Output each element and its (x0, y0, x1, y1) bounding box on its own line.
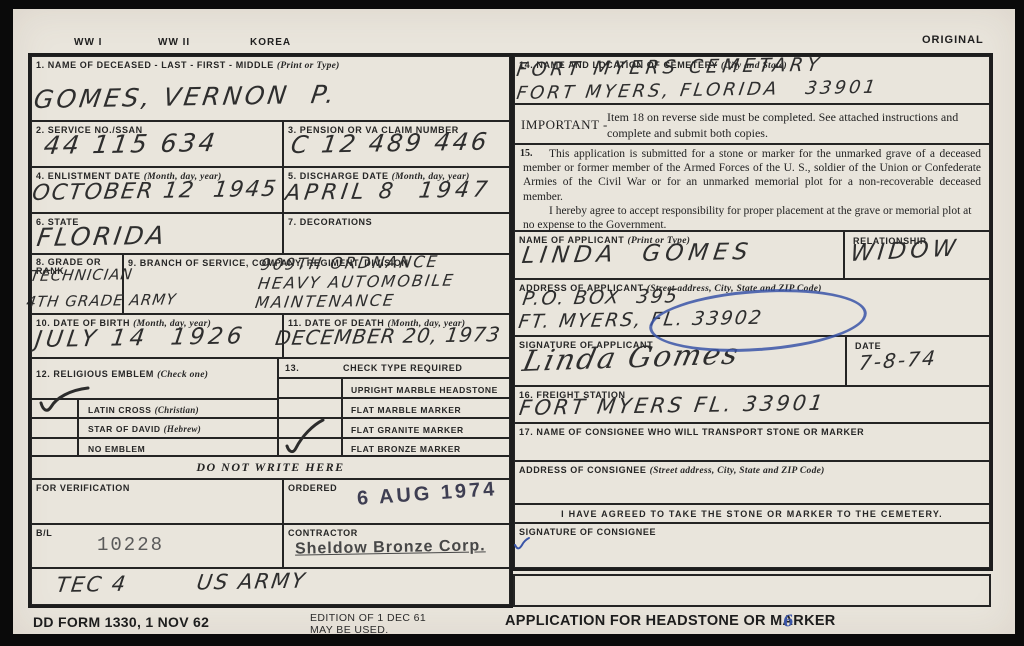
for-verification-box: FOR VERIFICATION (30, 478, 284, 525)
box1-hint: (Print or Type) (277, 61, 340, 71)
do-not-write-text: DO NOT WRITE HERE (32, 457, 509, 475)
consignee-signature-box: SIGNATURE OF CONSIGNEE (513, 522, 991, 569)
war-label-korea: KOREA (250, 37, 291, 48)
agreed-text: I HAVE AGREED TO TAKE THE STONE OR MARKE… (515, 505, 989, 519)
type-row-upright-marble: UPRIGHT MARBLE HEADSTONE (279, 377, 509, 398)
bl-value: 10228 (97, 534, 164, 556)
applicant-name-value: LINDA GOMES (520, 239, 754, 269)
consignee-address-hint: (Street address, City, State and ZIP Cod… (650, 466, 825, 476)
type-label-flat-marble: FLAT MARBLE MARKER (351, 405, 461, 415)
agreed-bar: I HAVE AGREED TO TAKE THE STONE OR MARKE… (513, 503, 991, 524)
date-divider (845, 337, 847, 385)
box1-value: GOMES, VERNON P. (32, 81, 339, 115)
for-verification-label: FOR VERIFICATION (32, 480, 282, 494)
do-not-write-bar: DO NOT WRITE HERE (30, 455, 511, 480)
box6-value: FLORIDA (35, 222, 169, 253)
emblem-checkbox-star-of-david (32, 419, 79, 438)
emblem-label-latin-cross: LATIN CROSS (88, 405, 152, 415)
important-label: IMPORTANT - (521, 117, 608, 133)
applicant-address-line1: P.O. BOX 395 (521, 286, 680, 311)
box13-label: CHECK TYPE REQUIRED (339, 360, 464, 374)
right-bottom-strip (513, 574, 991, 607)
type-checkbox-flat-marble (279, 399, 343, 418)
emblem-label-star-of-david: STAR OF DAVID (88, 424, 161, 434)
type-checkbox-upright-marble (279, 379, 343, 398)
scan-edge-bottom (0, 634, 1024, 646)
original-label: ORIGINAL (922, 34, 984, 46)
box15-para1: This application is submitted for a ston… (523, 147, 981, 204)
form-number: DD FORM 1330, 1 NOV 62 (33, 614, 209, 630)
consignee-signature-label: SIGNATURE OF CONSIGNEE (515, 524, 989, 538)
scan-edge-top (0, 0, 1024, 9)
emblem-row-no-emblem: NO EMBLEM (32, 437, 277, 457)
contractor-stamp: Sheldow Bronze Corp. (295, 537, 486, 558)
type-row-flat-marble: FLAT MARBLE MARKER (279, 397, 509, 418)
box17-label: 17. NAME OF CONSIGNEE WHO WILL TRANSPORT… (515, 424, 989, 438)
war-label-ww2: WW II (158, 37, 190, 48)
emblem-label-no-emblem: NO EMBLEM (88, 444, 145, 454)
blue-pen-mark-icon (514, 537, 530, 551)
consignee-address-label: ADDRESS OF CONSIGNEE (519, 465, 647, 475)
important-text: Item 18 on reverse side must be complete… (607, 109, 979, 141)
box13-num: 13. (281, 360, 301, 374)
emblem-hint-latin-cross: (Christian) (155, 405, 199, 415)
checkmark-icon-flat-bronze (283, 418, 325, 456)
box8-value: TECHNICIAN 4TH GRADE ARMY (25, 260, 182, 315)
box10-value: JULY 14 1926 (33, 323, 247, 353)
box11-value: DECEMBER 20, 1973 (274, 323, 502, 350)
box17-consignee-name: 17. NAME OF CONSIGNEE WHO WILL TRANSPORT… (513, 422, 991, 462)
type-label-flat-granite: FLAT GRANITE MARKER (351, 425, 464, 435)
box7-label: 7. DECORATIONS (284, 214, 509, 228)
scanned-form-page: WW I WW II KOREA ORIGINAL 1. NAME OF DEC… (0, 0, 1024, 646)
emblem-hint-star-of-david: (Hebrew) (164, 424, 201, 434)
box2-value: 44 115 634 (42, 129, 220, 161)
box15-para2: I hereby agree to accept responsibility … (523, 204, 981, 232)
consignee-address-box: ADDRESS OF CONSIGNEE (Street address, Ci… (513, 460, 991, 505)
edition-note: EDITION OF 1 DEC 61 MAY BE USED. (310, 612, 426, 636)
type-label-flat-bronze: FLAT BRONZE MARKER (351, 444, 461, 454)
emblem-row-star-of-david: STAR OF DAVID (Hebrew) (32, 417, 277, 438)
box12-hint: (Check one) (157, 370, 208, 380)
box5-value: APRIL 8 1947 (283, 177, 492, 206)
important-box: IMPORTANT - Item 18 on reverse side must… (513, 103, 991, 145)
box3-value: C 12 489 446 (289, 129, 491, 160)
war-label-ww1: WW I (74, 37, 102, 48)
checkmark-icon-latin-cross (38, 386, 90, 416)
scan-edge-left (0, 0, 13, 646)
bottom-note-value: TEC 4 US ARMY (55, 569, 309, 597)
box4-value: OCTOBER 12 1945 (30, 177, 279, 207)
scan-edge-right (1015, 0, 1024, 646)
box7-decorations: 7. DECORATIONS (282, 212, 511, 255)
box1-label: 1. NAME OF DECEASED - LAST - FIRST - MID… (36, 60, 274, 70)
type-label-upright-marble: UPRIGHT MARBLE HEADSTONE (351, 385, 498, 395)
box9-value: 909TH ORDNANCE HEAVY AUTOMOBILE MAINTENA… (254, 252, 459, 312)
box12-label: 12. RELIGIOUS EMBLEM (36, 369, 154, 379)
relationship-divider (843, 232, 845, 278)
box15-certification: 15. This application is submitted for a … (513, 143, 991, 232)
